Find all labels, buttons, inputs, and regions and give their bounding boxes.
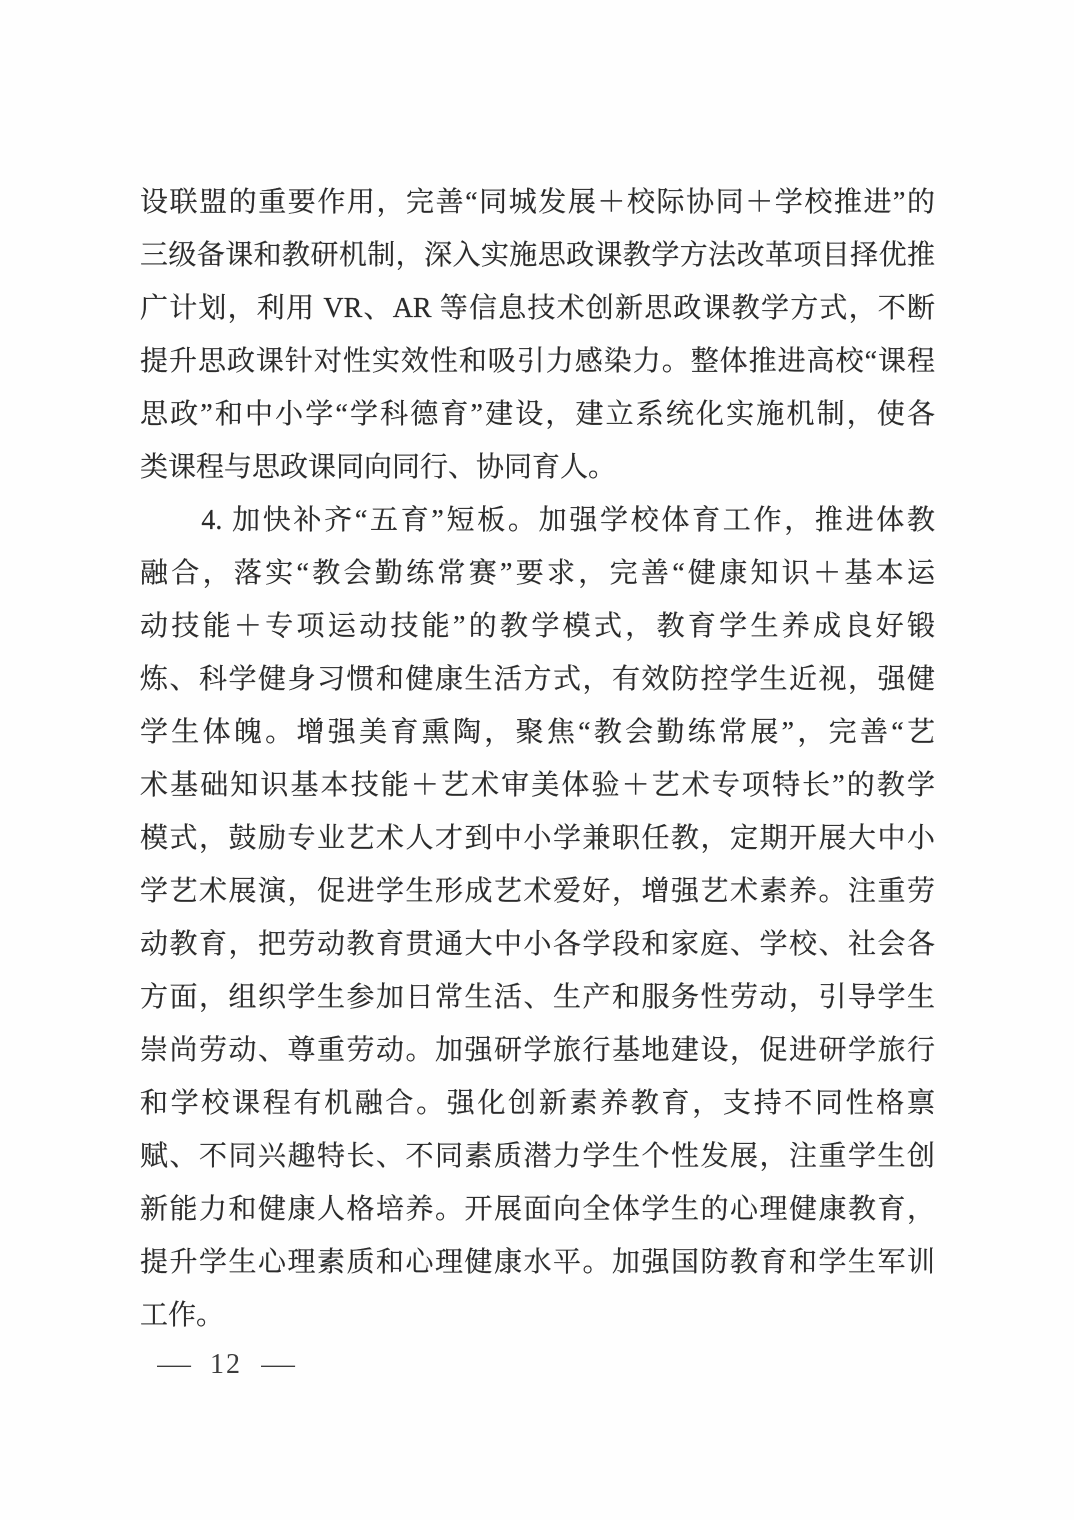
text-line: 崇尚劳动、尊重劳动。加强研学旅行基地建设，促进研学旅行	[140, 1024, 935, 1077]
text-line: 动教育，把劳动教育贯通大中小各学段和家庭、学校、社会各	[140, 918, 935, 971]
text-line: 动技能＋专项运动技能”的教学模式，教育学生养成良好锻	[140, 600, 935, 653]
page-number: 12	[210, 1349, 242, 1381]
text-line: 赋、不同兴趣特长、不同素质潜力学生个性发展，注重学生创	[140, 1130, 935, 1183]
text-line: 方面，组织学生参加日常生活、生产和服务性劳动，引导学生	[140, 971, 935, 1024]
text-line: 学艺术展演，促进学生形成艺术爱好，增强艺术素养。注重劳	[140, 865, 935, 918]
text-line: 融合，落实“教会勤练常赛”要求，完善“健康知识＋基本运	[140, 547, 935, 600]
text-line: 新能力和健康人格培养。开展面向全体学生的心理健康教育，	[140, 1183, 935, 1236]
text-line: 思政”和中小学“学科德育”建设，建立系统化实施机制，使各	[140, 388, 935, 441]
text-line: 学生体魄。增强美育熏陶，聚焦“教会勤练常展”，完善“艺	[140, 706, 935, 759]
text-line: 4. 加快补齐“五育”短板。加强学校体育工作，推进体教	[140, 494, 935, 547]
footer-dash-right: —	[261, 1349, 295, 1381]
text-line: 提升思政课针对性实效性和吸引力感染力。整体推进高校“课程	[140, 335, 935, 388]
text-line: 工作。	[140, 1289, 935, 1342]
page-footer: — 12 —	[160, 1342, 292, 1388]
text-line: 炼、科学健身习惯和健康生活方式，有效防控学生近视，强健	[140, 653, 935, 706]
text-line: 广计划，利用 VR、AR 等信息技术创新思政课教学方式，不断	[140, 282, 935, 335]
paragraph: 设联盟的重要作用，完善“同城发展＋校际协同＋学校推进”的 三级备课和教研机制，深…	[140, 176, 935, 494]
text-line: 设联盟的重要作用，完善“同城发展＋校际协同＋学校推进”的	[140, 176, 935, 229]
text-line: 术基础知识基本技能＋艺术审美体验＋艺术专项特长”的教学	[140, 759, 935, 812]
text-line: 提升学生心理素质和心理健康水平。加强国防教育和学生军训	[140, 1236, 935, 1289]
paragraph: 4. 加快补齐“五育”短板。加强学校体育工作，推进体教 融合，落实“教会勤练常赛…	[140, 494, 935, 1342]
text-line: 和学校课程有机融合。强化创新素养教育，支持不同性格禀	[140, 1077, 935, 1130]
text-line: 类课程与思政课同向同行、协同育人。	[140, 441, 935, 494]
text-block: 设联盟的重要作用，完善“同城发展＋校际协同＋学校推进”的 三级备课和教研机制，深…	[140, 176, 935, 1342]
text-line: 三级备课和教研机制，深入实施思政课教学方法改革项目择优推	[140, 229, 935, 282]
footer-dash-left: —	[157, 1349, 191, 1381]
text-line: 模式，鼓励专业艺术人才到中小学兼职任教，定期开展大中小	[140, 812, 935, 865]
document-page: 设联盟的重要作用，完善“同城发展＋校际协同＋学校推进”的 三级备课和教研机制，深…	[0, 0, 1074, 1520]
